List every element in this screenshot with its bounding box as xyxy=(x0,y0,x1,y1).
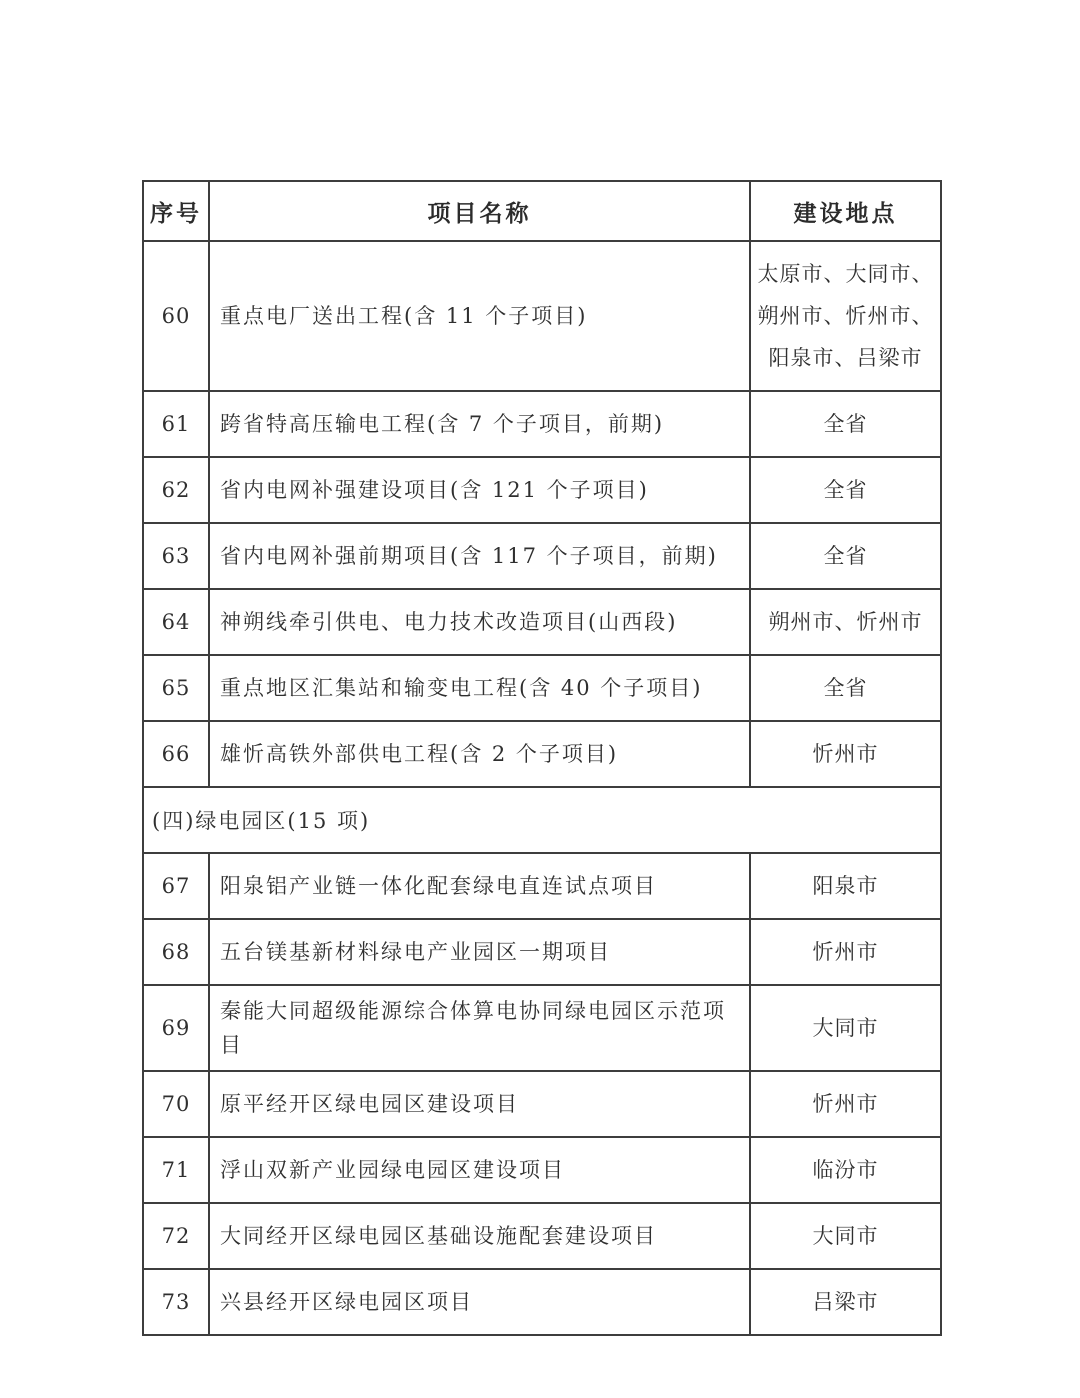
header-construction-location: 建设地点 xyxy=(750,181,941,241)
row-location: 全省 xyxy=(750,523,941,589)
table-row: 68 五台镁基新材料绿电产业园区一期项目 忻州市 xyxy=(143,919,941,985)
table-row: 67 阳泉铝产业链一体化配套绿电直连试点项目 阳泉市 xyxy=(143,853,941,919)
row-project-name: 五台镁基新材料绿电产业园区一期项目 xyxy=(209,919,750,985)
row-serial-number: 72 xyxy=(143,1203,209,1269)
projects-table: 序号 项目名称 建设地点 60 重点电厂送出工程(含 11 个子项目) 太原市、… xyxy=(142,180,942,1336)
row-project-name: 雄忻高铁外部供电工程(含 2 个子项目) xyxy=(209,721,750,787)
row-project-name: 阳泉铝产业链一体化配套绿电直连试点项目 xyxy=(209,853,750,919)
row-location: 临汾市 xyxy=(750,1137,941,1203)
table-row: 69 秦能大同超级能源综合体算电协同绿电园区示范项目 大同市 xyxy=(143,985,941,1071)
row-location: 吕梁市 xyxy=(750,1269,941,1335)
document-page: 序号 项目名称 建设地点 60 重点电厂送出工程(含 11 个子项目) 太原市、… xyxy=(0,0,1080,1398)
row-serial-number: 62 xyxy=(143,457,209,523)
table-row: 62 省内电网补强建设项目(含 121 个子项目) 全省 xyxy=(143,457,941,523)
table-body: 60 重点电厂送出工程(含 11 个子项目) 太原市、大同市、朔州市、忻州市、阳… xyxy=(143,241,941,1335)
row-serial-number: 73 xyxy=(143,1269,209,1335)
row-project-name: 浮山双新产业园绿电园区建设项目 xyxy=(209,1137,750,1203)
row-project-name: 兴县经开区绿电园区项目 xyxy=(209,1269,750,1335)
table-row: 65 重点地区汇集站和输变电工程(含 40 个子项目) 全省 xyxy=(143,655,941,721)
header-serial-number: 序号 xyxy=(143,181,209,241)
row-project-name: 秦能大同超级能源综合体算电协同绿电园区示范项目 xyxy=(209,985,750,1071)
row-serial-number: 64 xyxy=(143,589,209,655)
row-project-name: 重点电厂送出工程(含 11 个子项目) xyxy=(209,241,750,391)
table-row: 70 原平经开区绿电园区建设项目 忻州市 xyxy=(143,1071,941,1137)
row-location: 大同市 xyxy=(750,985,941,1071)
row-location: 大同市 xyxy=(750,1203,941,1269)
row-project-name: 省内电网补强前期项目(含 117 个子项目，前期) xyxy=(209,523,750,589)
row-serial-number: 71 xyxy=(143,1137,209,1203)
row-location: 忻州市 xyxy=(750,721,941,787)
table-row: 72 大同经开区绿电园区基础设施配套建设项目 大同市 xyxy=(143,1203,941,1269)
section-title: (四)绿电园区(15 项) xyxy=(143,787,941,853)
table-row: 60 重点电厂送出工程(含 11 个子项目) 太原市、大同市、朔州市、忻州市、阳… xyxy=(143,241,941,391)
row-serial-number: 66 xyxy=(143,721,209,787)
table-row: 73 兴县经开区绿电园区项目 吕梁市 xyxy=(143,1269,941,1335)
row-location: 全省 xyxy=(750,457,941,523)
row-project-name: 跨省特高压输电工程(含 7 个子项目，前期) xyxy=(209,391,750,457)
row-serial-number: 60 xyxy=(143,241,209,391)
table-row: 71 浮山双新产业园绿电园区建设项目 临汾市 xyxy=(143,1137,941,1203)
table-row: 66 雄忻高铁外部供电工程(含 2 个子项目) 忻州市 xyxy=(143,721,941,787)
row-serial-number: 67 xyxy=(143,853,209,919)
section-row: (四)绿电园区(15 项) xyxy=(143,787,941,853)
row-project-name: 神朔线牵引供电、电力技术改造项目(山西段) xyxy=(209,589,750,655)
row-location: 全省 xyxy=(750,391,941,457)
table-row: 61 跨省特高压输电工程(含 7 个子项目，前期) 全省 xyxy=(143,391,941,457)
row-project-name: 重点地区汇集站和输变电工程(含 40 个子项目) xyxy=(209,655,750,721)
row-location: 全省 xyxy=(750,655,941,721)
row-location: 忻州市 xyxy=(750,919,941,985)
row-project-name: 省内电网补强建设项目(含 121 个子项目) xyxy=(209,457,750,523)
row-serial-number: 61 xyxy=(143,391,209,457)
row-location: 太原市、大同市、朔州市、忻州市、阳泉市、吕梁市 xyxy=(750,241,941,391)
row-serial-number: 69 xyxy=(143,985,209,1071)
header-project-name: 项目名称 xyxy=(209,181,750,241)
row-project-name: 原平经开区绿电园区建设项目 xyxy=(209,1071,750,1137)
row-serial-number: 63 xyxy=(143,523,209,589)
row-serial-number: 70 xyxy=(143,1071,209,1137)
row-serial-number: 68 xyxy=(143,919,209,985)
row-location: 阳泉市 xyxy=(750,853,941,919)
row-location: 忻州市 xyxy=(750,1071,941,1137)
table-row: 63 省内电网补强前期项目(含 117 个子项目，前期) 全省 xyxy=(143,523,941,589)
header-row: 序号 项目名称 建设地点 xyxy=(143,181,941,241)
row-serial-number: 65 xyxy=(143,655,209,721)
row-project-name: 大同经开区绿电园区基础设施配套建设项目 xyxy=(209,1203,750,1269)
table-row: 64 神朔线牵引供电、电力技术改造项目(山西段) 朔州市、忻州市 xyxy=(143,589,941,655)
row-location: 朔州市、忻州市 xyxy=(750,589,941,655)
